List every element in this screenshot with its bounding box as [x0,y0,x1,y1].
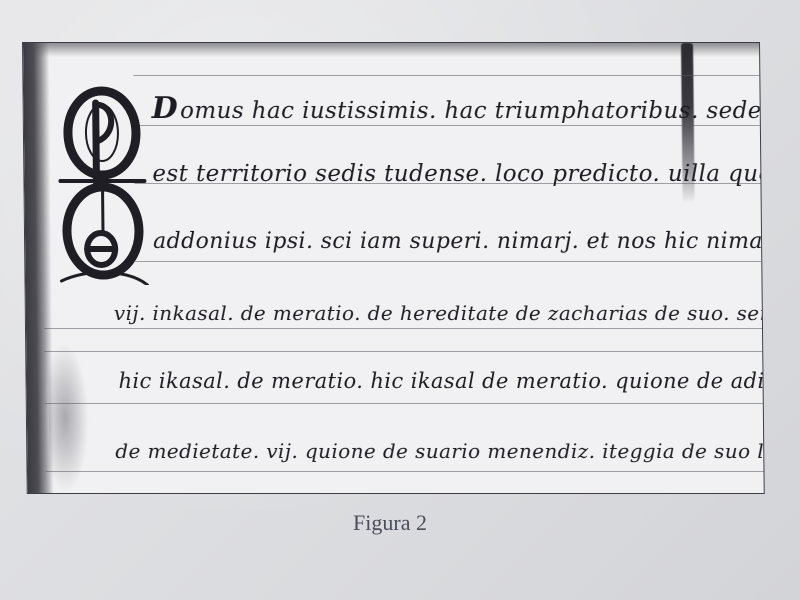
figure-caption: Figura 2 [0,510,780,536]
line-initial: D [152,91,179,126]
decorated-initial-icon [55,73,149,285]
ruling-line [44,351,762,352]
ruling-line [135,261,761,262]
ruling-line [44,328,762,329]
manuscript-line-2: est territorio sedis tudense. loco predi… [152,161,764,187]
ruling-line [45,471,763,472]
ruling-line [45,403,763,404]
plate-top-shadow [23,43,759,57]
manuscript-line-1: Domus hac iustissimis. hac triumphatorib… [152,91,765,126]
manuscript-line-4: vij. inkasal. de meratio. de hereditate … [114,301,765,325]
manuscript-line-6: de medietate. vij. quione de suario mene… [115,439,764,463]
manuscript-plate: Domus hac iustissimis. hac triumphatorib… [22,42,765,494]
ruling-line [133,75,759,76]
manuscript-line-3: addonius ipsi. sci iam superi. nimarj. e… [153,229,765,254]
manuscript-line-5: hic ikasal. de meratio. hic ikasal de me… [118,369,764,393]
